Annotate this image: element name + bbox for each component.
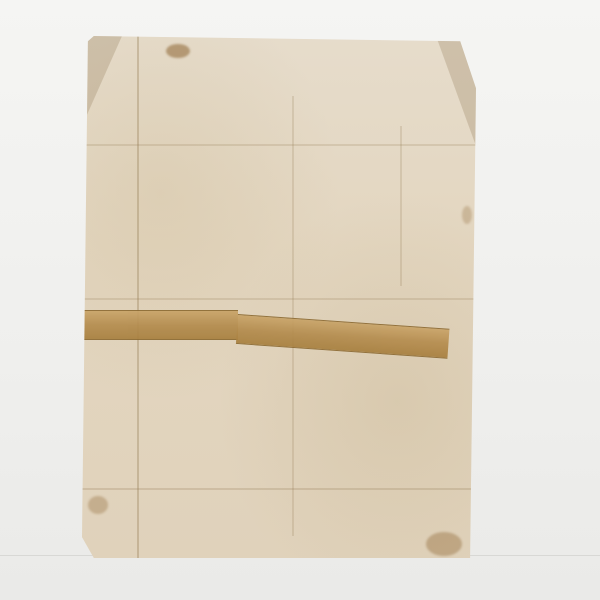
stain: [426, 532, 462, 556]
stain: [88, 496, 108, 514]
aged-paper-sheet: [82, 36, 476, 558]
tape-strip-right: [236, 314, 450, 359]
fold-crease: [137, 36, 139, 558]
folded-corner-left: [82, 36, 122, 126]
fold-crease: [82, 298, 476, 300]
fold-crease: [82, 144, 476, 146]
tape-strip-left: [82, 310, 238, 340]
fold-crease: [292, 96, 294, 536]
stain: [462, 206, 472, 224]
fold-crease: [82, 488, 476, 490]
stain: [166, 44, 190, 58]
fold-crease: [400, 126, 402, 286]
